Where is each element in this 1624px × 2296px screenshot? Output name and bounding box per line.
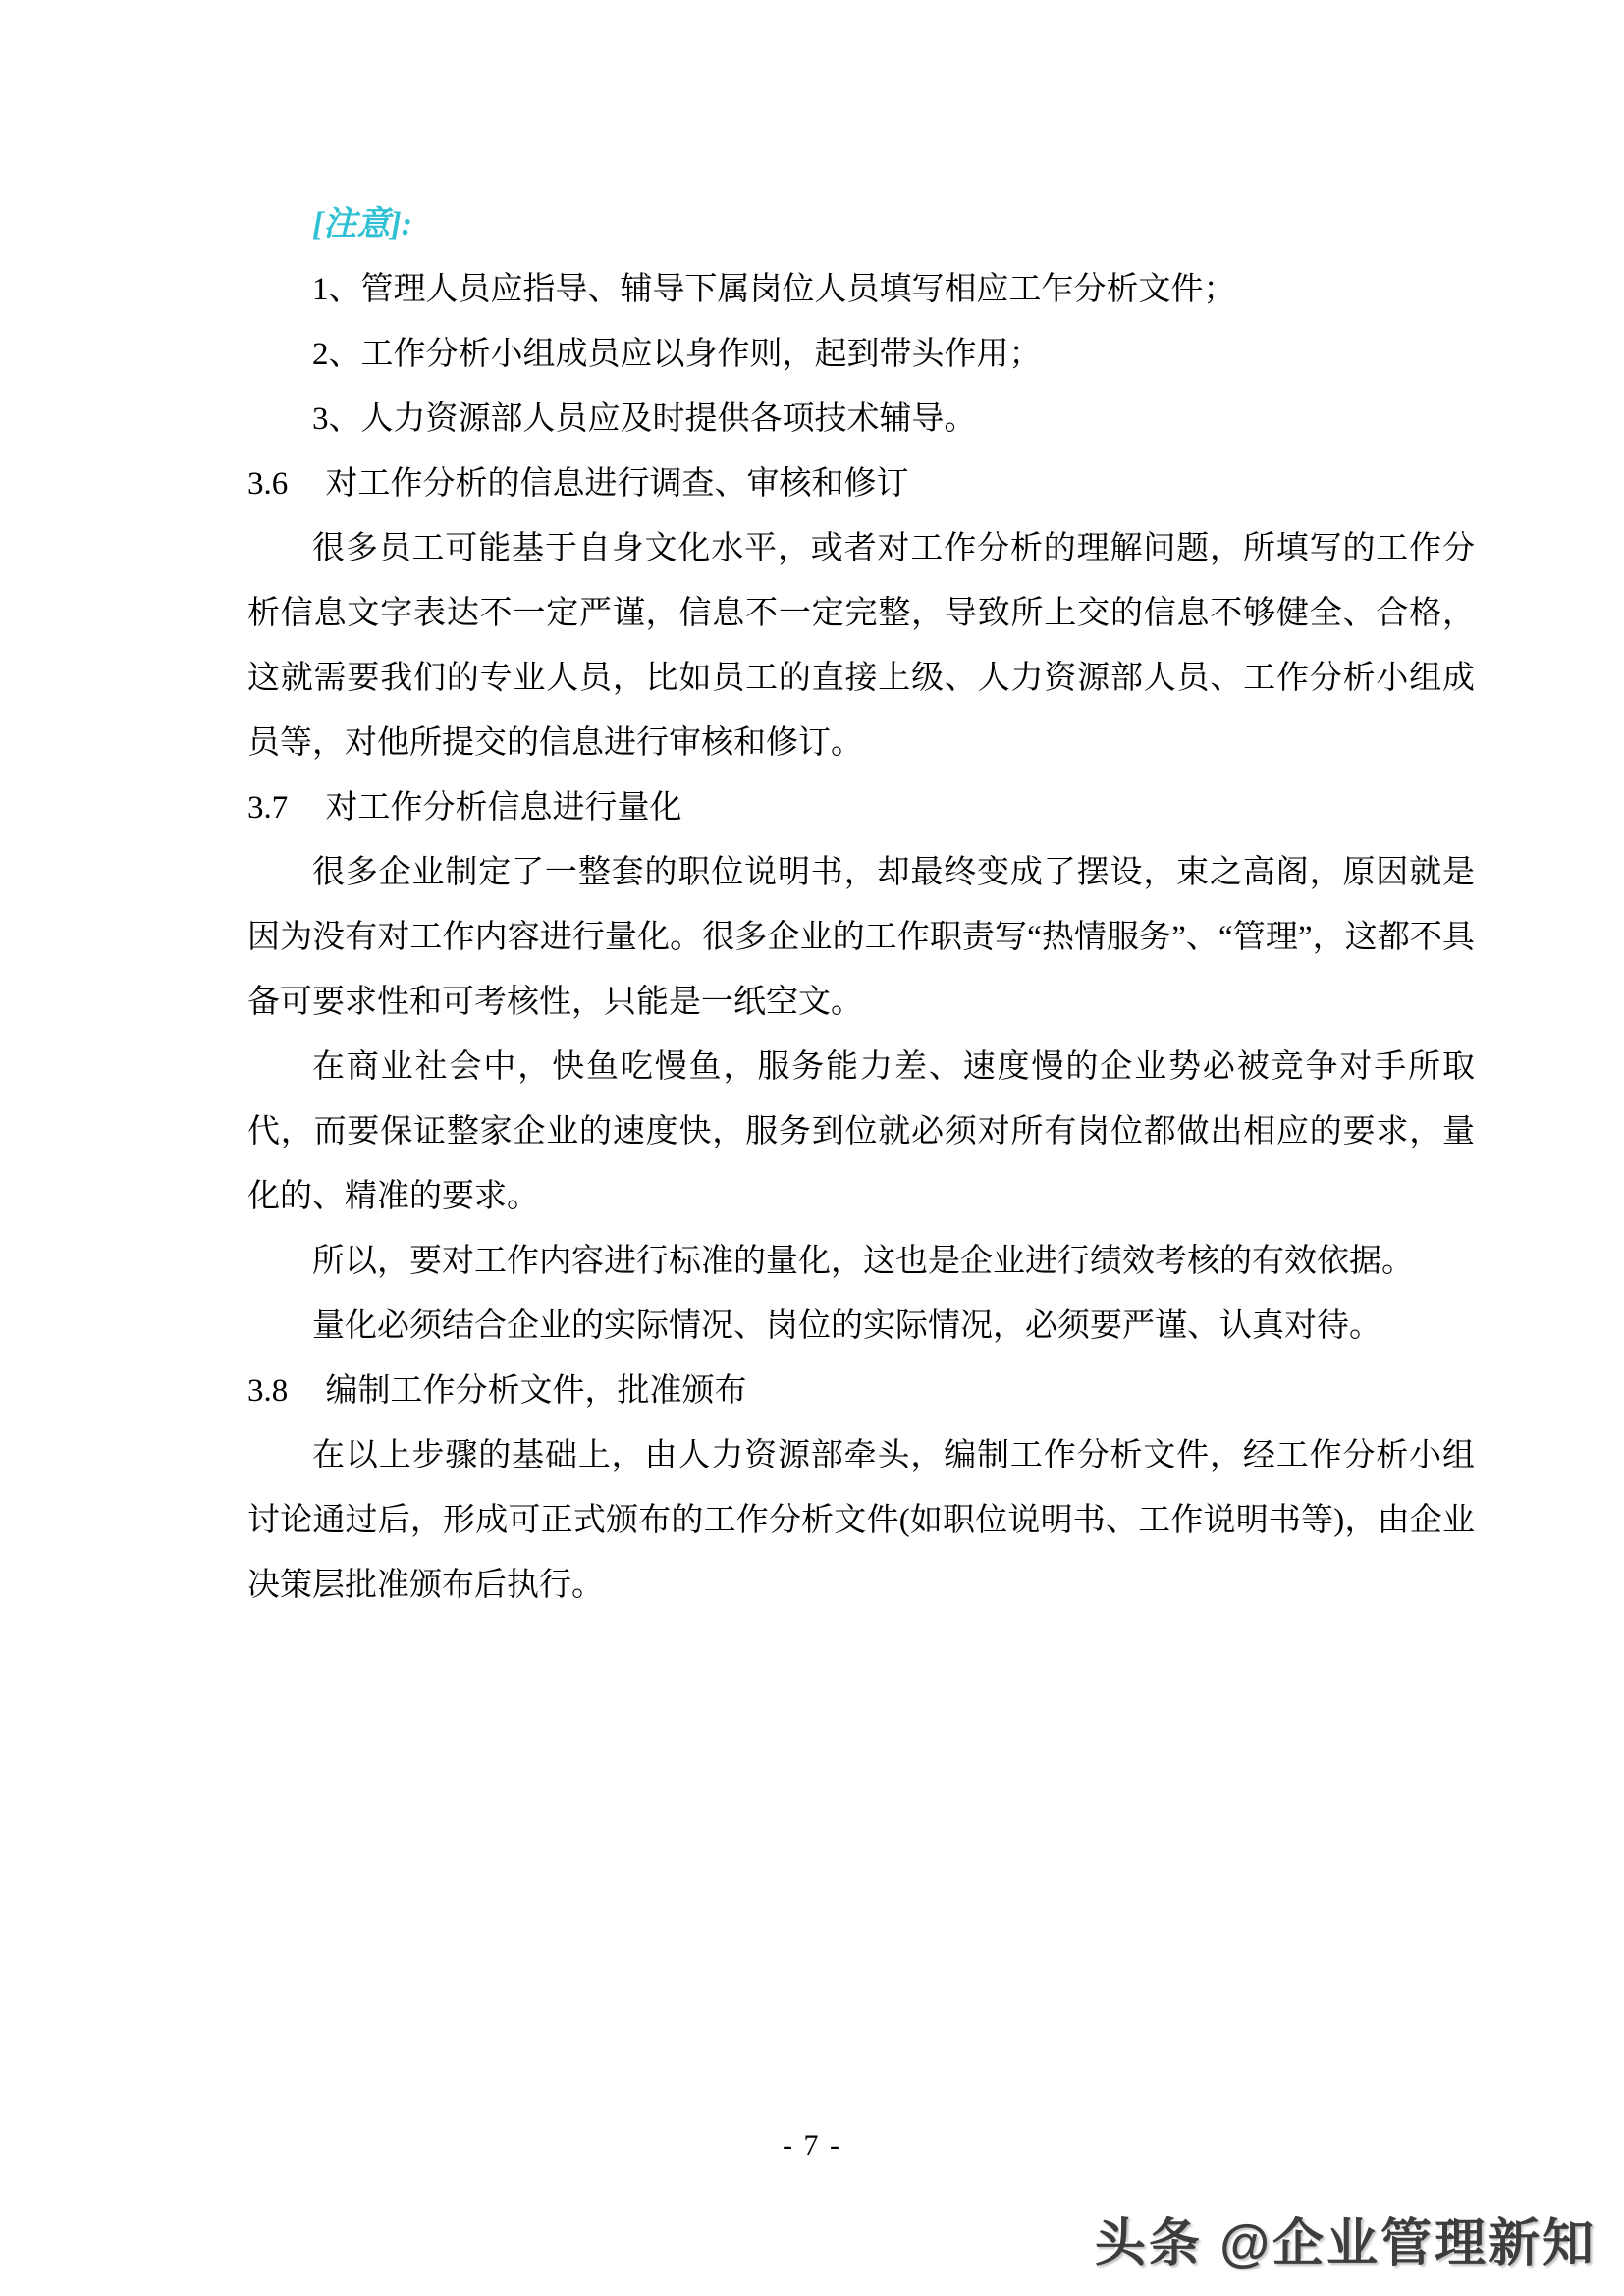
document-page: [注意]: 1、管理人员应指导、辅导下属岗位人员填写相应工乍分析文件； 2、工作… (0, 0, 1624, 2296)
paragraph: 在商业社会中，快鱼吃慢鱼，服务能力差、速度慢的企业势必被竞争对手所取代，而要保证… (247, 1035, 1475, 1229)
section-heading-3-7: 3.7 对工作分析信息进行量化 (247, 775, 1475, 840)
page-number: - 7 - (0, 2128, 1624, 2163)
notice-list-item: 2、工作分析小组成员应以身作则，起到带头作用； (247, 322, 1475, 387)
section-title: 对工作分析信息进行量化 (326, 775, 682, 840)
section-title: 编制工作分析文件，批准颁布 (326, 1359, 747, 1423)
section-number: 3.7 (247, 775, 288, 840)
notice-heading: [注意]: (247, 192, 1475, 257)
paragraph: 量化必须结合企业的实际情况、岗位的实际情况，必须要严谨、认真对待。 (247, 1294, 1475, 1359)
notice-list-item: 1、管理人员应指导、辅导下属岗位人员填写相应工乍分析文件； (247, 257, 1475, 322)
watermark-text: 头条 @企业管理新知 (1095, 2202, 1597, 2275)
section-title: 对工作分析的信息进行调查、审核和修订 (326, 452, 909, 516)
document-body: [注意]: 1、管理人员应指导、辅导下属岗位人员填写相应工乍分析文件； 2、工作… (247, 192, 1475, 1618)
notice-list-item: 3、人力资源部人员应及时提供各项技术辅导。 (247, 387, 1475, 452)
section-heading-3-8: 3.8 编制工作分析文件，批准颁布 (247, 1359, 1475, 1423)
section-number: 3.6 (247, 452, 288, 516)
paragraph: 很多员工可能基于自身文化水平，或者对工作分析的理解问题，所填写的工作分析信息文字… (247, 516, 1475, 775)
paragraph: 很多企业制定了一整套的职位说明书，却最终变成了摆设，束之高阁，原因就是因为没有对… (247, 840, 1475, 1035)
paragraph: 所以，要对工作内容进行标准的量化，这也是企业进行绩效考核的有效依据。 (247, 1229, 1475, 1294)
section-number: 3.8 (247, 1359, 288, 1423)
section-heading-3-6: 3.6 对工作分析的信息进行调查、审核和修订 (247, 452, 1475, 516)
paragraph: 在以上步骤的基础上，由人力资源部牵头，编制工作分析文件，经工作分析小组讨论通过后… (247, 1423, 1475, 1618)
